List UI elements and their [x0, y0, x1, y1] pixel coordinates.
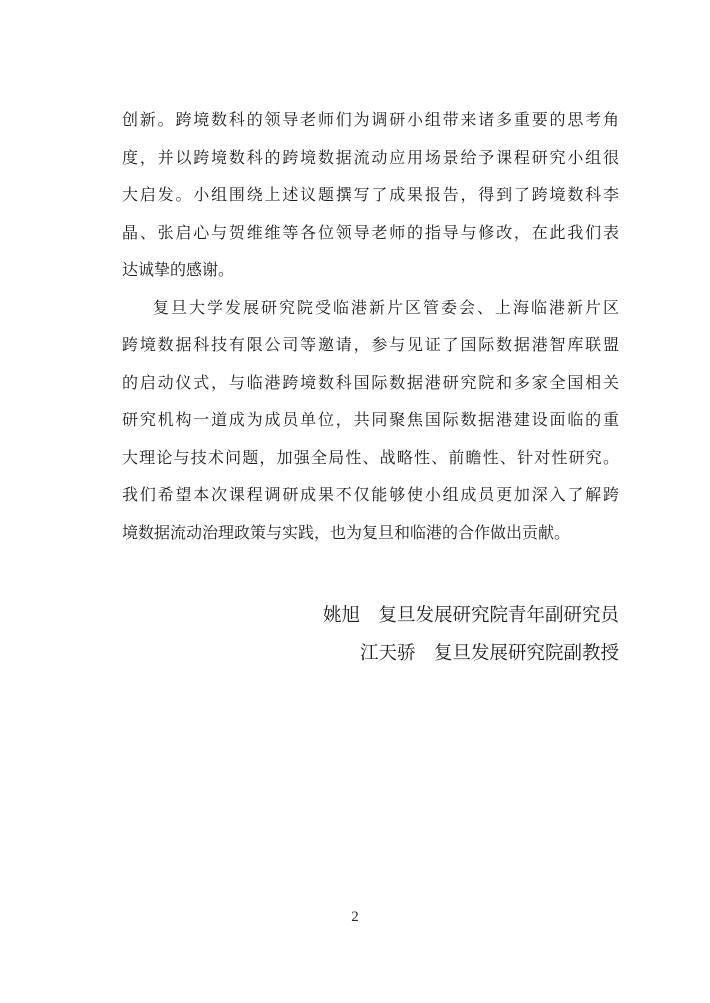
text-line: 复旦大学发展研究院受临港新片区管委会、上海临港新片区	[122, 290, 619, 328]
paragraph-1: 创新。跨境数科的领导老师们为调研小组带来诸多重要的思考角 度，并以跨境数科的跨境…	[122, 102, 619, 290]
text-line: 的启动仪式，与临港跨境数科国际数据港研究院和多家全国相关	[122, 365, 619, 403]
text-line: 研究机构一道成为成员单位，共同聚焦国际数据港建设面临的重	[122, 402, 619, 440]
text-line: 我们希望本次课程调研成果不仅能够使小组成员更加深入了解跨	[122, 477, 619, 515]
text-line: 创新。跨境数科的领导老师们为调研小组带来诸多重要的思考角	[122, 102, 619, 140]
text-line: 大启发。小组围绕上述议题撰写了成果报告，得到了跨境数科李	[122, 177, 619, 215]
signature-line-1: 姚旭 复旦发展研究院青年副研究员	[122, 597, 619, 635]
page-number: 2	[0, 909, 710, 926]
document-body: 创新。跨境数科的领导老师们为调研小组带来诸多重要的思考角 度，并以跨境数科的跨境…	[122, 102, 619, 552]
text-line: 达诚挚的感谢。	[122, 252, 619, 290]
text-line: 度，并以跨境数科的跨境数据流动应用场景给予课程研究小组很	[122, 140, 619, 178]
text-line: 晶、张启心与贺维维等各位领导老师的指导与修改，在此我们表	[122, 215, 619, 253]
signature-block: 姚旭 复旦发展研究院青年副研究员 江天骄 复旦发展研究院副教授	[122, 597, 619, 673]
text-line: 大理论与技术问题，加强全局性、战略性、前瞻性、针对性研究。	[122, 440, 619, 478]
document-page: 创新。跨境数科的领导老师们为调研小组带来诸多重要的思考角 度，并以跨境数科的跨境…	[0, 0, 710, 1003]
text-line: 境数据流动治理政策与实践，也为复旦和临港的合作做出贡献。	[122, 515, 619, 553]
signature-line-2: 江天骄 复旦发展研究院副教授	[122, 635, 619, 673]
text-line: 跨境数据科技有限公司等邀请，参与见证了国际数据港智库联盟	[122, 327, 619, 365]
paragraph-2: 复旦大学发展研究院受临港新片区管委会、上海临港新片区 跨境数据科技有限公司等邀请…	[122, 290, 619, 553]
